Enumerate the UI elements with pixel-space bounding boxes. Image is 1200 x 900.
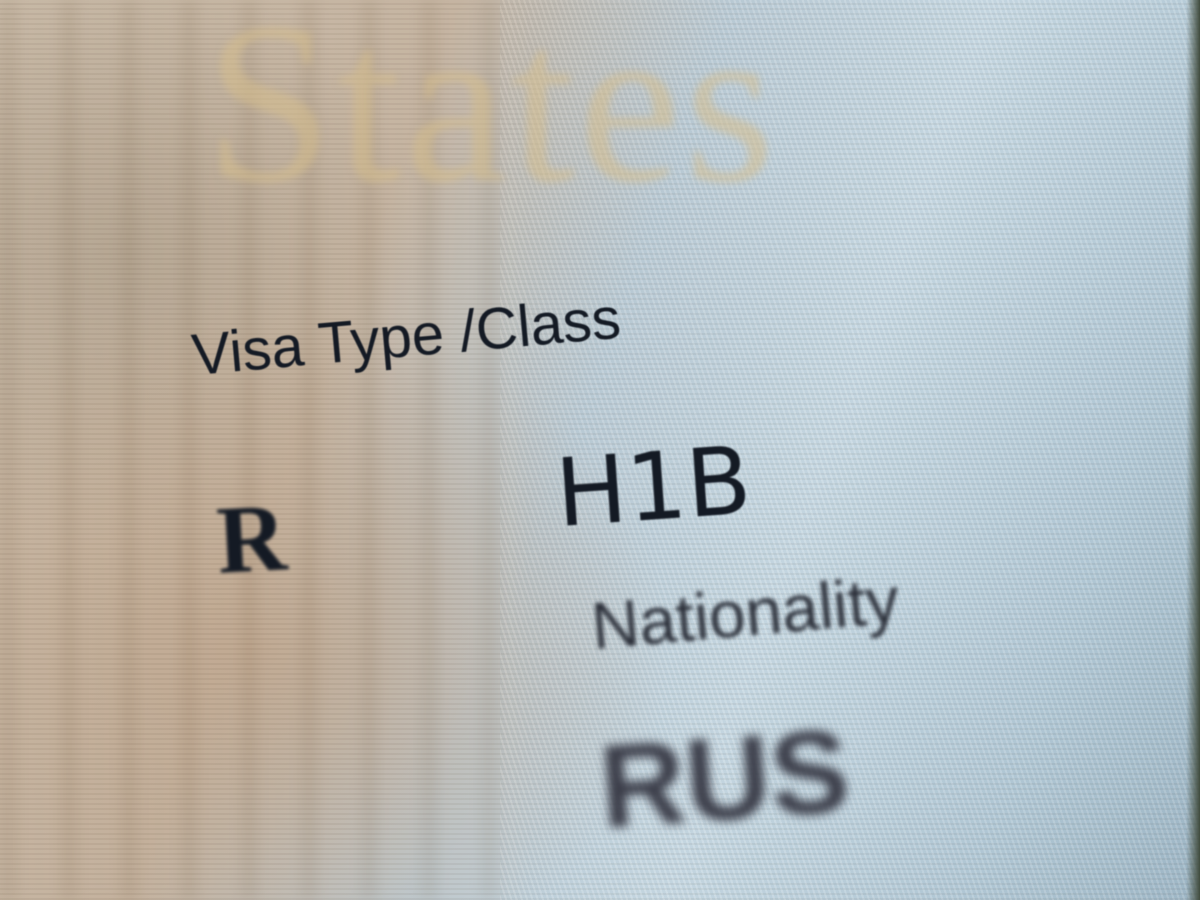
visa-photo: States Visa Type /Class H1B R Nationalit… (0, 0, 1200, 900)
entries-value: R (214, 482, 289, 596)
nationality-value: RUS (596, 703, 854, 856)
visa-class-value: H1B (552, 427, 754, 549)
page-edge (1186, 0, 1200, 900)
states-watermark: States (205, 0, 778, 235)
